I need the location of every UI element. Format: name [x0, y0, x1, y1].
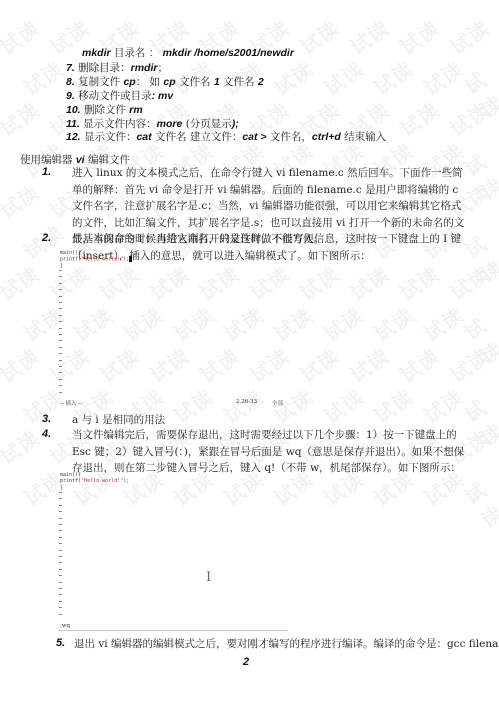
command-text: 文件名 建立文件：	[152, 131, 243, 143]
command-text: 移动文件或目录	[75, 90, 152, 102]
code-line-3: }	[60, 263, 63, 269]
command-text: 文件名	[220, 76, 258, 88]
tilde-marker	[59, 601, 62, 602]
tilde-marker	[59, 353, 62, 354]
tilde-marker	[59, 315, 62, 316]
command-text: 显示文件：	[81, 131, 137, 143]
tilde-marker	[59, 372, 62, 373]
tilde-marker	[59, 498, 62, 499]
text-cursor	[129, 256, 132, 262]
code-string: "Hello world!"	[81, 478, 123, 484]
tilde-marker	[59, 511, 62, 512]
command-text: 显示文件内容：	[80, 118, 157, 130]
vi-screenshot-insert: main(){ printf("Hello world!"); }	[60, 250, 240, 400]
command-text: ： 如	[136, 76, 164, 88]
command-text: ctrl+d	[312, 131, 341, 143]
tilde-marker	[59, 321, 62, 322]
tilde-marker	[59, 340, 62, 341]
tilde-marker	[59, 524, 62, 525]
command-text: mkdir	[82, 47, 111, 59]
tilde-marker	[59, 562, 62, 563]
code-printf: printf(	[60, 257, 81, 263]
step-4-text: 当文件编辑完后，需要保存退出，这时需要经过以下几个步骤：1）按一下键盘上的 Es…	[72, 427, 467, 477]
command-text: mkdir /home/s2001/newdir	[163, 47, 294, 59]
command-text: 2	[258, 76, 264, 88]
command-number: 12.	[66, 130, 81, 144]
tilde-marker	[59, 289, 62, 290]
vi-command-line: :wq	[60, 623, 70, 629]
code-line-2: printf("Hello world!");	[60, 256, 132, 263]
step-5-text: 退出 vi 编辑器的编辑模式之后，要对刚才编写的程序进行编译。编译的命令是：gc…	[74, 636, 484, 653]
tilde-marker	[59, 283, 62, 284]
vi-status-position: 2,26-33	[236, 399, 257, 405]
command-text: : mv	[152, 90, 174, 102]
tilde-marker	[59, 366, 62, 367]
tilde-marker	[59, 296, 62, 297]
tilde-marker	[59, 543, 62, 544]
code-printf: printf(	[60, 478, 81, 484]
command-line-9: 9. 移动文件或目录: mv	[66, 89, 173, 103]
tilde-marker	[59, 582, 62, 583]
command-text: cp	[123, 76, 135, 88]
tilde-marker	[59, 270, 62, 271]
command-line-12: 12. 显示文件：cat 文件名 建立文件：cat > 文件名，ctrl+d 结…	[66, 130, 386, 144]
command-number: 11.	[66, 117, 80, 131]
code-line-2: printf("Hello world!");	[60, 478, 129, 484]
step-number-3: 3.	[42, 413, 51, 425]
section-title-prefix: 使用编辑器	[20, 154, 76, 166]
command-line-10: 10. 删除文件 rm	[66, 103, 143, 117]
command-text: ；	[157, 62, 168, 74]
command-text: 目录名 ：	[111, 47, 163, 59]
command-text: cat >	[242, 131, 266, 143]
tilde-marker	[59, 505, 62, 506]
command-number: 8.	[66, 75, 75, 89]
command-line-7: 7. 删除目录：rmdir；	[66, 61, 168, 75]
command-number: 9.	[66, 89, 75, 103]
tilde-marker	[59, 550, 62, 551]
tilde-marker	[59, 385, 62, 386]
command-text: cp	[163, 76, 175, 88]
command-text: 结束输入	[341, 131, 386, 143]
command-line-8: 8. 复制文件 cp： 如 cp 文件名 1 文件名 2	[66, 75, 264, 89]
command-text: 文件名	[176, 76, 214, 88]
vi-status-mode: -- 插入 --	[60, 399, 82, 407]
command-text: (分页显示	[182, 118, 231, 130]
command-text: 复制文件	[75, 76, 124, 88]
tilde-marker	[59, 379, 62, 380]
step-number-4: 4.	[42, 428, 51, 440]
step-number-5: 5.	[56, 637, 65, 649]
command-line-mkdir: mkdir 目录名 ： mkdir /home/s2001/newdir	[82, 46, 294, 60]
tilde-marker	[59, 575, 62, 576]
command-number: 10.	[66, 103, 81, 117]
step-number-2: 2.	[42, 232, 51, 244]
tilde-marker	[59, 594, 62, 595]
screenshot-bottom-border	[58, 630, 288, 631]
ibeam-cursor-icon: I	[206, 570, 211, 585]
tilde-marker	[59, 556, 62, 557]
command-text: 文件名，	[267, 131, 312, 143]
tilde-marker	[59, 302, 62, 303]
tilde-marker	[59, 537, 62, 538]
command-text: more	[157, 118, 183, 130]
tilde-marker	[59, 569, 62, 570]
tilde-marker	[59, 518, 62, 519]
document-page: mkdir 目录名 ： mkdir /home/s2001/newdir 7. …	[0, 0, 499, 706]
tilde-marker	[59, 588, 62, 589]
command-text: rm	[129, 104, 142, 116]
step-number-1: 1.	[42, 166, 51, 178]
tilde-marker	[59, 347, 62, 348]
tilde-marker	[59, 607, 62, 608]
tilde-marker	[59, 308, 62, 309]
tilde-marker	[59, 614, 62, 615]
tilde-marker	[59, 492, 62, 493]
vi-status-all: 全部	[272, 399, 283, 407]
tilde-marker	[59, 360, 62, 361]
tilde-marker	[59, 392, 62, 393]
code-line-3: }	[60, 485, 63, 491]
command-text: 删除目录：	[75, 62, 131, 74]
command-text: 删除文件	[81, 104, 130, 116]
code-string: "Hello world!"	[81, 257, 123, 263]
tilde-marker	[59, 334, 62, 335]
code-close: );	[123, 478, 129, 484]
command-text: rmdir	[131, 62, 158, 74]
tilde-marker	[59, 328, 62, 329]
command-line-11: 11. 显示文件内容：more (分页显示);	[66, 117, 239, 131]
tilde-marker	[59, 276, 62, 277]
command-text: );	[232, 118, 239, 130]
command-number: 7.	[66, 61, 75, 75]
tilde-marker	[59, 530, 62, 531]
command-text: cat	[136, 131, 151, 143]
page-number: 2	[243, 656, 249, 668]
vi-screenshot-save: main(){ printf("Hello world!"); }	[60, 472, 240, 622]
